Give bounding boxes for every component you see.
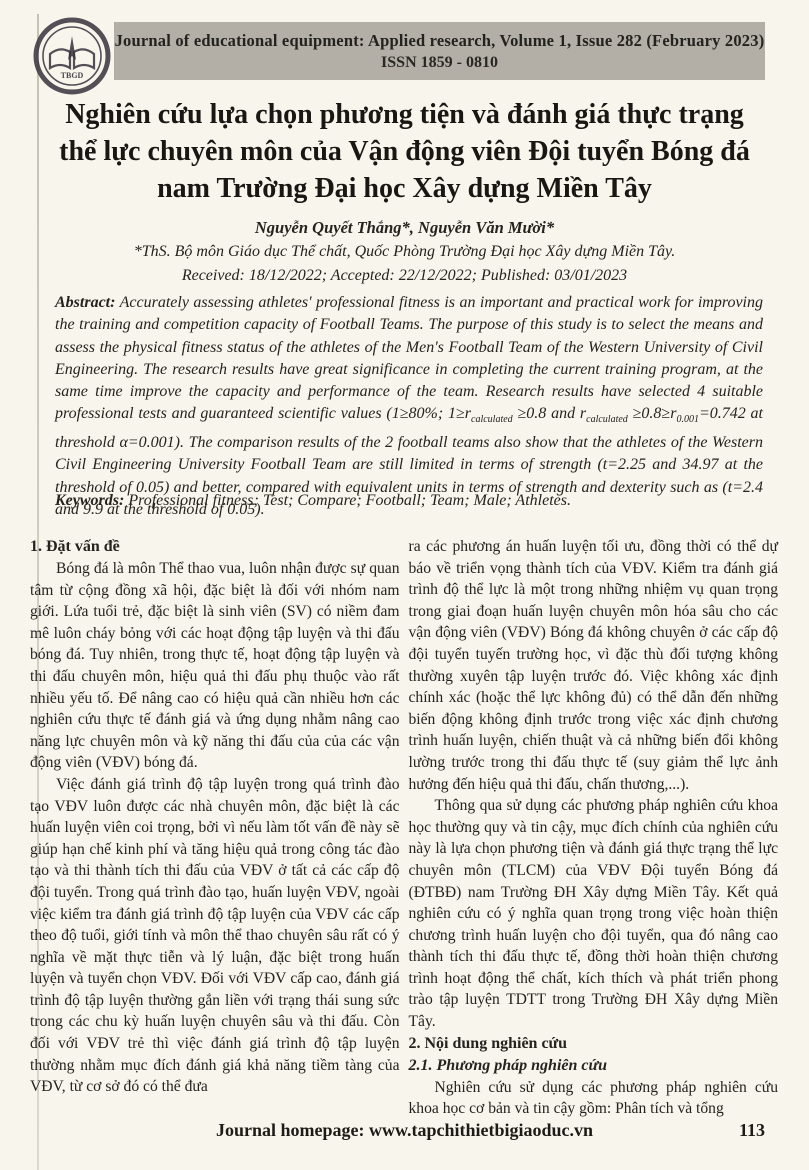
article-dates: Received: 18/12/2022; Accepted: 22/12/20… [44, 267, 765, 285]
left-column: 1. Đặt vấn đề Bóng đá là môn Thể thao vu… [30, 536, 400, 1120]
keywords-line: Keywords: Professional fitness; Test; Co… [55, 492, 763, 510]
section-2-heading: 2. Nội dung nghiên cứu [409, 1033, 779, 1055]
body-paragraph: ra các phương án huấn luyện tối ưu, đồng… [409, 536, 779, 795]
article-authors: Nguyễn Quyết Thắng*, Nguyễn Văn Mười* [44, 218, 765, 238]
abstract-label: Abstract: [55, 294, 115, 311]
abstract-text-3: ≥0.8≥r [628, 405, 677, 422]
abstract-text-1: Accurately assessing athletes' professio… [55, 294, 763, 422]
journal-homepage: Journal homepage: www.tapchithietbigiaod… [216, 1120, 593, 1141]
abstract-subscript-1: calculated [471, 415, 513, 426]
journal-title-line: Journal of educational equipment: Applie… [115, 31, 765, 51]
article-affiliation: *ThS. Bộ môn Giáo dục Thể chất, Quốc Phò… [44, 243, 765, 261]
journal-logo-icon: TBGD [32, 16, 112, 96]
keywords-text: Professional fitness; Test; Compare; Foo… [128, 492, 571, 509]
body-paragraph: Thông qua sử dụng các phương pháp nghiên… [409, 795, 779, 1033]
body-columns: 1. Đặt vấn đề Bóng đá là môn Thể thao vu… [30, 536, 778, 1120]
body-paragraph: Nghiên cứu sử dụng các phương pháp nghiê… [409, 1077, 779, 1120]
issn-line: ISSN 1859 - 0810 [381, 54, 498, 72]
body-paragraph: Việc đánh giá trình độ tập luyện trong q… [30, 774, 400, 1098]
journal-logo: TBGD [32, 16, 112, 96]
section-1-heading: 1. Đặt vấn đề [30, 536, 400, 558]
article-title: Nghiên cứu lựa chọn phương tiện và đánh … [47, 96, 763, 207]
page-number: 113 [739, 1120, 765, 1141]
paper-page: TBGD Journal of educational equipment: A… [0, 0, 809, 1170]
abstract-text-2: ≥0.8 and r [513, 405, 586, 422]
keywords-label: Keywords: [55, 492, 124, 509]
page-footer: Journal homepage: www.tapchithietbigiaod… [0, 1120, 809, 1146]
body-paragraph: Bóng đá là môn Thể thao vua, luôn nhận đ… [30, 558, 400, 774]
abstract-paragraph: Abstract: Accurately assessing athletes'… [55, 292, 763, 521]
journal-banner: Journal of educational equipment: Applie… [114, 22, 765, 80]
right-column: ra các phương án huấn luyện tối ưu, đồng… [409, 536, 779, 1120]
journal-header: TBGD Journal of educational equipment: A… [30, 14, 765, 96]
section-2-1-heading: 2.1. Phương pháp nghiên cứu [409, 1055, 779, 1077]
abstract-subscript-2: calculated [586, 415, 628, 426]
abstract-subscript-3: 0.001 [676, 415, 699, 426]
logo-text: TBGD [61, 71, 84, 80]
